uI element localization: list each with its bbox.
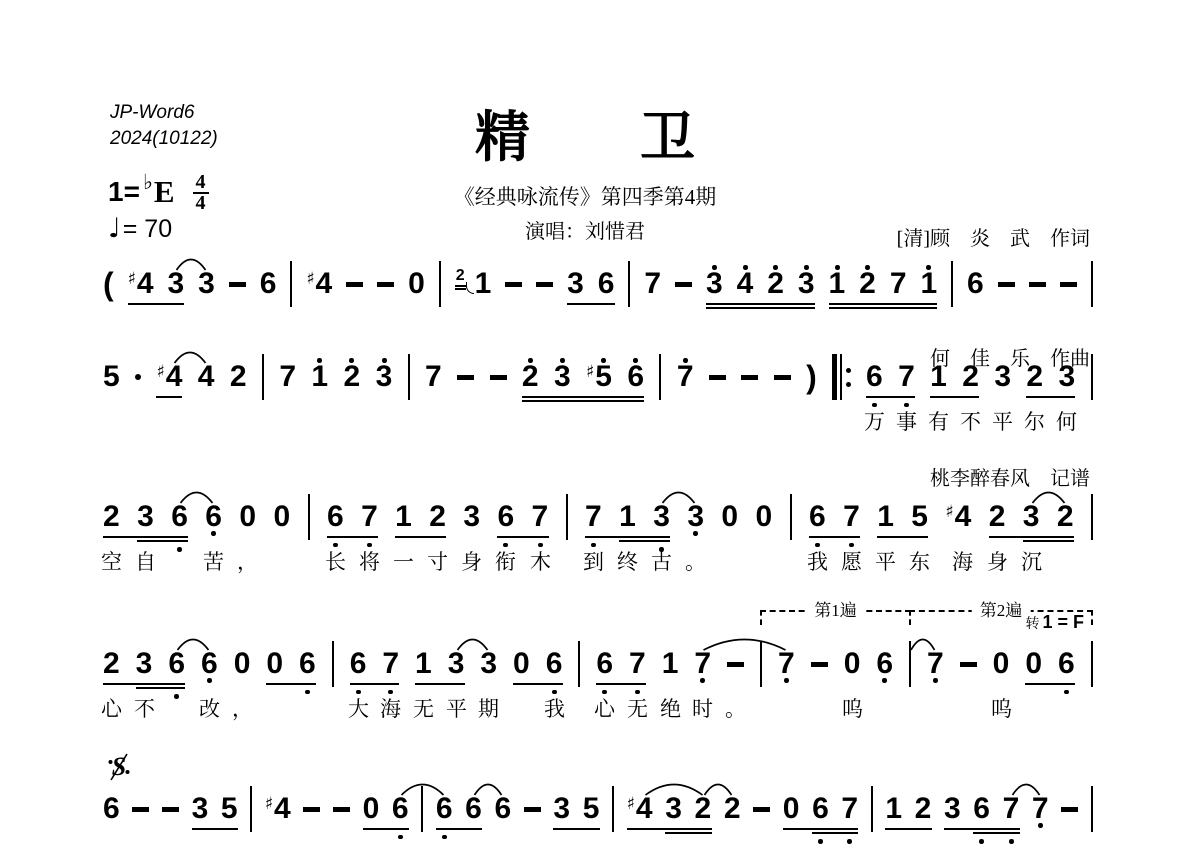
duration-dash bbox=[333, 807, 350, 812]
note-digit: 4 bbox=[166, 359, 183, 395]
note-digit: 6 bbox=[168, 646, 185, 682]
note-digit: 6 bbox=[436, 791, 453, 827]
note-digit: 6 bbox=[392, 791, 409, 827]
notes-row: 635♯40666635♯4322067123677 bbox=[103, 791, 1093, 827]
note-digit: 0 bbox=[513, 646, 530, 682]
lyric-syllable: 沉 bbox=[1021, 549, 1042, 575]
barline bbox=[439, 261, 441, 307]
duration-dash bbox=[727, 662, 744, 667]
beam bbox=[266, 683, 316, 685]
octave-dot-low bbox=[174, 694, 179, 699]
note-digit: 6 bbox=[546, 646, 563, 682]
barline bbox=[250, 786, 252, 832]
grace-note: 2 bbox=[455, 268, 466, 284]
note: 2 bbox=[962, 359, 979, 395]
meter-denominator: 4 bbox=[193, 194, 209, 213]
note-digit: 3 bbox=[198, 266, 215, 302]
note: 1 bbox=[877, 499, 894, 535]
duration-dash bbox=[457, 375, 474, 380]
note-digit: 3 bbox=[554, 359, 571, 395]
note: 6 bbox=[350, 646, 367, 682]
note: 6 bbox=[327, 499, 344, 535]
note: 6 bbox=[299, 646, 316, 682]
note: 7 bbox=[644, 266, 661, 302]
song-subtitle: 《经典咏流传》第四季第4期 bbox=[355, 181, 815, 211]
note-digit: 7 bbox=[644, 266, 661, 302]
note: 3 bbox=[1058, 359, 1075, 395]
note-digit: 3 bbox=[653, 499, 670, 535]
note: 3 bbox=[198, 266, 215, 302]
note-digit: 7 bbox=[694, 646, 711, 682]
note: 6 bbox=[497, 499, 514, 535]
octave-dot-low bbox=[700, 678, 705, 683]
barline bbox=[332, 641, 334, 687]
notes-row: 23660067123677133006715♯4232 bbox=[103, 499, 1093, 535]
duration-dash bbox=[1029, 282, 1046, 287]
note: 6 bbox=[973, 791, 990, 827]
note-digit: 4 bbox=[274, 791, 291, 827]
note-digit: 3 bbox=[994, 359, 1011, 395]
note-digit: 6 bbox=[596, 646, 613, 682]
lyric-syllable: 我 bbox=[807, 549, 828, 575]
duration-dash bbox=[1060, 282, 1077, 287]
beam bbox=[877, 536, 928, 538]
parenthesis: ( bbox=[103, 266, 114, 302]
barline bbox=[262, 354, 264, 400]
duration-dash bbox=[303, 807, 320, 812]
octave-dot-low bbox=[818, 839, 823, 844]
note-digit: 3 bbox=[567, 266, 584, 302]
note: 7 bbox=[425, 359, 442, 395]
note: 2 bbox=[103, 646, 120, 682]
octave-dot-high bbox=[633, 358, 638, 363]
note: 1 bbox=[829, 266, 846, 302]
lyric-syllable: 。 bbox=[725, 696, 746, 722]
score-line-2: 5♯4427123723♯567)6712323万事有不平尔何 bbox=[103, 359, 1093, 395]
lyric-syllable: 衔 bbox=[495, 549, 516, 575]
note-digit: 0 bbox=[234, 646, 251, 682]
note-digit: 5 bbox=[583, 791, 600, 827]
note-digit: 4 bbox=[137, 266, 154, 302]
note: 7 bbox=[1032, 791, 1049, 827]
note-digit: 2 bbox=[522, 359, 539, 395]
note: 2 bbox=[343, 359, 360, 395]
note-digit: 7 bbox=[843, 499, 860, 535]
note: ♯4 bbox=[627, 791, 653, 827]
beam bbox=[783, 828, 858, 830]
note: ♯5 bbox=[586, 359, 612, 395]
note-digit: 3 bbox=[706, 266, 723, 302]
note-digit: 6 bbox=[598, 266, 615, 302]
note-digit: 1 bbox=[395, 499, 412, 535]
note: 6 bbox=[168, 646, 185, 682]
barline bbox=[1091, 494, 1093, 540]
note: 7 bbox=[778, 646, 795, 682]
note: 3 bbox=[994, 359, 1011, 395]
lyric-syllable: 到 bbox=[583, 549, 604, 575]
score-line-4: 2366006671330667177067006心不改，大海无平期我心无绝时。… bbox=[103, 646, 1093, 682]
note-digit: 6 bbox=[201, 646, 218, 682]
note-digit: 0 bbox=[266, 646, 283, 682]
segno-icon: S bbox=[107, 751, 131, 788]
repeat-open-sign bbox=[832, 354, 851, 400]
sharp-accidental: ♯ bbox=[945, 494, 953, 530]
sheet-music-page: JP-Word6 2024(10122) 1= ♭ E 4 4 ♩ = 70 精… bbox=[0, 0, 1200, 850]
beam bbox=[585, 536, 670, 538]
note: 4 bbox=[737, 266, 754, 302]
note: ♯4 bbox=[156, 359, 182, 395]
note: 0 bbox=[363, 791, 380, 827]
key-letter: E bbox=[154, 172, 175, 212]
note: 2 bbox=[1057, 499, 1074, 535]
note: 2 bbox=[724, 791, 741, 827]
octave-dot-low bbox=[815, 543, 820, 548]
flat-icon: ♭ bbox=[143, 172, 153, 193]
note-digit: 1 bbox=[619, 499, 636, 535]
octave-dot-high bbox=[349, 358, 354, 363]
note: 6 bbox=[876, 646, 893, 682]
lyric-syllable: 平 bbox=[446, 696, 467, 722]
lyric-syllable: 心 bbox=[101, 696, 122, 722]
note: 7 bbox=[927, 646, 944, 682]
note-digit: 7 bbox=[382, 646, 399, 682]
lyric-syllable: 尔 bbox=[1024, 409, 1045, 435]
note-digit: 0 bbox=[756, 499, 773, 535]
beam bbox=[809, 536, 860, 538]
note-digit: 6 bbox=[627, 359, 644, 395]
note-digit: 5 bbox=[595, 359, 612, 395]
duration-dash bbox=[229, 282, 246, 287]
note-digit: 2 bbox=[103, 499, 120, 535]
note-digit: 0 bbox=[239, 499, 256, 535]
barline bbox=[1091, 641, 1093, 687]
tempo-marking: ♩ = 70 bbox=[108, 211, 172, 247]
note: 2 bbox=[915, 791, 932, 827]
note-digit: 6 bbox=[497, 499, 514, 535]
octave-dot-high bbox=[528, 358, 533, 363]
note-digit: 6 bbox=[103, 791, 120, 827]
barline bbox=[566, 494, 568, 540]
note: 3 bbox=[1023, 499, 1040, 535]
note: 1 bbox=[662, 646, 679, 682]
lyric-syllable: 改 bbox=[199, 696, 220, 722]
sharp-accidental: ♯ bbox=[627, 786, 635, 822]
octave-dot-low bbox=[442, 835, 447, 840]
octave-dot-low bbox=[207, 678, 212, 683]
note: 0 bbox=[273, 499, 290, 535]
augmentation-dot bbox=[135, 374, 141, 380]
lyric-syllable: 木 bbox=[530, 549, 551, 575]
beam bbox=[930, 396, 979, 398]
modulation-prefix: 转 bbox=[1025, 617, 1039, 632]
note: 3 bbox=[448, 646, 465, 682]
lyric-syllable: 长 bbox=[325, 549, 346, 575]
lyric-syllable: 平 bbox=[992, 409, 1013, 435]
note: 7 bbox=[841, 791, 858, 827]
beam bbox=[1023, 540, 1074, 542]
lyric-syllable: ， bbox=[232, 696, 253, 722]
note: 6 bbox=[201, 646, 218, 682]
beam bbox=[885, 828, 932, 830]
octave-dot-low bbox=[933, 678, 938, 683]
note-digit: 6 bbox=[1058, 646, 1075, 682]
note-digit: 2 bbox=[695, 791, 712, 827]
note-digit: 0 bbox=[783, 791, 800, 827]
note-digit: 6 bbox=[967, 266, 984, 302]
barline bbox=[612, 786, 614, 832]
duration-dash bbox=[774, 375, 791, 380]
note-digit: 7 bbox=[778, 646, 795, 682]
note-digit: 3 bbox=[665, 791, 682, 827]
note-digit: 7 bbox=[927, 646, 944, 682]
song-title: 精 卫 bbox=[385, 102, 785, 174]
note-digit: 6 bbox=[494, 791, 511, 827]
note: 2 bbox=[695, 791, 712, 827]
modulation-label: 转1 = F bbox=[1022, 612, 1087, 633]
note-digit: 3 bbox=[1058, 359, 1075, 395]
lyric-syllable: 苦 bbox=[203, 549, 224, 575]
note-digit: 6 bbox=[876, 646, 893, 682]
lyric-syllable: 空 bbox=[101, 549, 122, 575]
note-digit: 2 bbox=[915, 791, 932, 827]
beam bbox=[665, 832, 712, 834]
note-digit: 3 bbox=[1023, 499, 1040, 535]
barline bbox=[659, 354, 661, 400]
time-signature: 4 4 bbox=[193, 173, 209, 213]
note-digit: 6 bbox=[973, 791, 990, 827]
note: 6 bbox=[260, 266, 277, 302]
note: 2 bbox=[522, 359, 539, 395]
note-digit: 2 bbox=[429, 499, 446, 535]
note: 1 bbox=[930, 359, 947, 395]
beam bbox=[103, 536, 188, 538]
note: 6 bbox=[205, 499, 222, 535]
lyric-syllable: 一 bbox=[393, 549, 414, 575]
lyric-syllable: 何 bbox=[1056, 409, 1077, 435]
note: 6 bbox=[627, 359, 644, 395]
note: 7 bbox=[694, 646, 711, 682]
beam bbox=[596, 683, 646, 685]
performer-line: 演唱：刘惜君 bbox=[385, 215, 785, 244]
beam bbox=[553, 828, 600, 830]
note-digit: 0 bbox=[721, 499, 738, 535]
octave-dot-low bbox=[784, 678, 789, 683]
lyric-syllable: 无 bbox=[627, 696, 648, 722]
octave-dot-low bbox=[602, 690, 607, 695]
note-digit: 4 bbox=[955, 499, 972, 535]
note-digit: 1 bbox=[311, 359, 328, 395]
duration-dash bbox=[998, 282, 1015, 287]
lyric-syllable: 无 bbox=[413, 696, 434, 722]
score-line-3: 23660067123677133006715♯4232空自苦，长将一寸身衔木到… bbox=[103, 499, 1093, 535]
note-digit: 6 bbox=[465, 791, 482, 827]
octave-dot-high bbox=[382, 358, 387, 363]
lyric-syllable: ， bbox=[237, 549, 258, 575]
octave-dot-low bbox=[1038, 823, 1043, 828]
note: 0 bbox=[844, 646, 861, 682]
note-digit: 7 bbox=[898, 359, 915, 395]
note: 2 bbox=[103, 499, 120, 535]
beam bbox=[436, 828, 482, 830]
duration-dash bbox=[675, 282, 692, 287]
beam bbox=[619, 540, 670, 542]
beam bbox=[973, 832, 1020, 834]
note: 3 bbox=[137, 499, 154, 535]
octave-dot-low bbox=[979, 839, 984, 844]
notes-row: 2366006671330667177067006 bbox=[103, 646, 1093, 682]
note-digit: 1 bbox=[829, 266, 846, 302]
note-digit: 3 bbox=[136, 646, 153, 682]
note-digit: 2 bbox=[859, 266, 876, 302]
note: 3 bbox=[376, 359, 393, 395]
lyric-syllable: 有 bbox=[928, 409, 949, 435]
note: 7 bbox=[279, 359, 296, 395]
note: 6 bbox=[967, 266, 984, 302]
octave-dot-low bbox=[904, 403, 909, 408]
note: 7 bbox=[890, 266, 907, 302]
octave-dot-low bbox=[591, 543, 596, 548]
note: 7 bbox=[843, 499, 860, 535]
barline bbox=[308, 494, 310, 540]
note-digit: 3 bbox=[480, 646, 497, 682]
note-digit: 1 bbox=[475, 266, 492, 302]
note: ♯4 bbox=[265, 791, 291, 827]
tempo-value: = 70 bbox=[123, 211, 172, 247]
sharp-accidental: ♯ bbox=[586, 354, 594, 390]
note-digit: 6 bbox=[350, 646, 367, 682]
octave-dot-low bbox=[849, 543, 854, 548]
lyric-syllable: 身 bbox=[987, 549, 1008, 575]
note: 6 bbox=[494, 791, 511, 827]
grace-slur bbox=[466, 282, 474, 294]
sharp-accidental: ♯ bbox=[265, 786, 273, 822]
note-digit: 2 bbox=[989, 499, 1006, 535]
lyric-syllable: 海 bbox=[952, 549, 973, 575]
note: ♯4 bbox=[306, 266, 332, 302]
barline bbox=[290, 261, 292, 307]
generator-name: JP-Word6 bbox=[110, 100, 218, 126]
note: 1 bbox=[415, 646, 432, 682]
octave-dot-high bbox=[560, 358, 565, 363]
beam bbox=[812, 832, 858, 834]
octave-dot-low bbox=[538, 543, 543, 548]
duration-dash bbox=[536, 282, 553, 287]
note-digit: 0 bbox=[993, 646, 1010, 682]
lyric-syllable: 事 bbox=[896, 409, 917, 435]
duration-dash bbox=[709, 375, 726, 380]
volta-label: 第1遍 bbox=[806, 601, 865, 621]
note-digit: 2 bbox=[1026, 359, 1043, 395]
notes-row: 5♯4427123723♯567)6712323 bbox=[103, 359, 1093, 395]
note: 5 bbox=[103, 359, 120, 395]
barline bbox=[628, 261, 630, 307]
note: 0 bbox=[1025, 646, 1042, 682]
octave-dot-high bbox=[865, 265, 870, 270]
lyric-syllable: 心 bbox=[594, 696, 615, 722]
note-digit: 3 bbox=[448, 646, 465, 682]
note-digit: 2 bbox=[962, 359, 979, 395]
barline bbox=[578, 641, 580, 687]
lyric-syllable: 不 bbox=[134, 696, 155, 722]
beam bbox=[706, 303, 815, 305]
barline bbox=[909, 641, 911, 687]
beam bbox=[156, 396, 182, 398]
octave-dot-low bbox=[211, 531, 216, 536]
duration-dash bbox=[753, 807, 770, 812]
note: 3 bbox=[480, 646, 497, 682]
note-digit: 7 bbox=[890, 266, 907, 302]
note: 3 bbox=[665, 791, 682, 827]
note-digit: 1 bbox=[920, 266, 937, 302]
lyric-syllable: 万 bbox=[864, 409, 885, 435]
note-digit: 5 bbox=[103, 359, 120, 395]
note-digit: 7 bbox=[532, 499, 549, 535]
note-digit: 4 bbox=[636, 791, 653, 827]
octave-dot-low bbox=[847, 839, 852, 844]
octave-dot-high bbox=[804, 265, 809, 270]
lyric-syllable: 平 bbox=[875, 549, 896, 575]
lyric-syllable: 我 bbox=[544, 696, 565, 722]
beam bbox=[497, 536, 549, 538]
duration-dash bbox=[524, 807, 541, 812]
note: 2 bbox=[230, 359, 247, 395]
repeat-thick-bar bbox=[832, 354, 837, 400]
lyric-syllable: 愿 bbox=[841, 549, 862, 575]
beam bbox=[395, 536, 446, 538]
octave-dot-high bbox=[926, 265, 931, 270]
sharp-accidental: ♯ bbox=[156, 354, 164, 390]
note-digit: 0 bbox=[363, 791, 380, 827]
note-digit: 7 bbox=[1032, 791, 1049, 827]
lyric-syllable: 古 bbox=[651, 549, 672, 575]
beam bbox=[350, 683, 399, 685]
sharp-accidental: ♯ bbox=[306, 261, 314, 297]
duration-dash bbox=[811, 662, 828, 667]
note: 6 bbox=[392, 791, 409, 827]
note-digit: 3 bbox=[376, 359, 393, 395]
note: 3 bbox=[553, 791, 570, 827]
octave-dot-low bbox=[1009, 839, 1014, 844]
note: 7 bbox=[382, 646, 399, 682]
note-digit: 3 bbox=[137, 499, 154, 535]
lyric-syllable: 时 bbox=[692, 696, 713, 722]
note: 3 bbox=[192, 791, 209, 827]
note: 0 bbox=[721, 499, 738, 535]
note: 0 bbox=[513, 646, 530, 682]
key-prefix: 1= bbox=[108, 172, 140, 212]
beam bbox=[137, 540, 188, 542]
octave-dot-low bbox=[693, 531, 698, 536]
lyric-syllable: 自 bbox=[135, 549, 156, 575]
note-digit: 7 bbox=[1003, 791, 1020, 827]
note-digit: 3 bbox=[944, 791, 961, 827]
note: 3 bbox=[554, 359, 571, 395]
sharp-accidental: ♯ bbox=[128, 261, 136, 297]
duration-dash bbox=[132, 807, 149, 812]
note: 0 bbox=[408, 266, 425, 302]
beam bbox=[415, 683, 465, 685]
credit-transcriber: 桃李醉春风 记谱 bbox=[897, 459, 1090, 499]
lyric-syllable: 终 bbox=[617, 549, 638, 575]
generator-watermark: JP-Word6 2024(10122) bbox=[110, 100, 218, 152]
beam bbox=[192, 828, 238, 830]
barline bbox=[760, 641, 762, 687]
note-digit: 3 bbox=[798, 266, 815, 302]
note: 1 bbox=[311, 359, 328, 395]
note-digit: 0 bbox=[408, 266, 425, 302]
octave-dot-low bbox=[333, 543, 338, 548]
lyric-syllable: 东 bbox=[909, 549, 930, 575]
